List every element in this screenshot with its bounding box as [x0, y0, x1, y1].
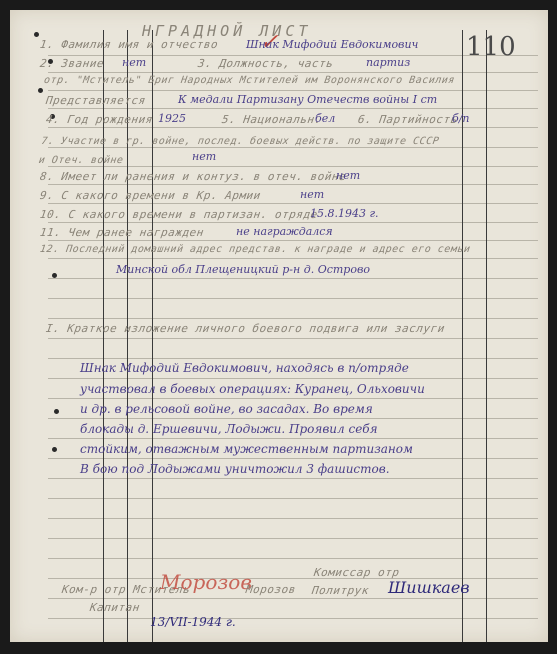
document-number: 110 [466, 32, 516, 62]
field-label-birth-year: 4. Год рождения [45, 113, 154, 126]
field-value-partisan-since: 15.8.1943 г. [310, 207, 379, 220]
commissar-rank: Политрук [311, 584, 370, 597]
narrative-line: участвовал в боевых операциях: Куранец, … [80, 382, 425, 396]
field-value-name: Шнак Мифодий Евдокимович [246, 38, 418, 51]
field-value-wounds: нет [336, 169, 360, 182]
commander-signature: Морозов [160, 570, 252, 594]
field-value-party: б/п [452, 112, 470, 125]
field-label-prior-awards: 11. Чем ранее награжден [39, 226, 205, 239]
field-value-prior-service: нет [192, 150, 216, 163]
field-label-nominated: Представляется [45, 94, 147, 107]
field-label-nationality: 5. Национальн. [221, 113, 323, 126]
field-label-name: 1. Фамилия имя и отчество [39, 38, 219, 51]
field-value-nominated: К медали Партизану Отечеств войны I ст [178, 93, 437, 106]
narrative-line: стойким, отважным мужественным партизано… [80, 442, 413, 456]
field-value-position: партиз [366, 56, 410, 69]
field-unit: отр. "Мститель" Бриг Народных Мстителей … [43, 75, 455, 86]
field-label-position: 3. Должность, часть [197, 57, 334, 70]
commissar-signature: Шишкаев [388, 578, 470, 597]
field-value-rank: нет [122, 56, 146, 69]
field-label-partisan-since: 10. С какого времени в партизан. отряде [39, 208, 319, 221]
field-label-rank: 2. Звание [39, 57, 105, 70]
narrative-line: и др. в рельсовой войне, во засадах. Во … [80, 402, 373, 416]
field-label-prior-service: 7. Участие в гр. войне, послед. боевых д… [37, 132, 442, 170]
field-value-army-since: нет [300, 188, 324, 201]
section-heading: I. Краткое изложение личного боевого под… [45, 322, 446, 335]
field-value-nationality: бел [315, 112, 335, 125]
signature-date: 13/VII-1944 г. [150, 615, 236, 629]
field-value-prior-awards: не награждался [236, 225, 333, 238]
commander-rank: Капитан [89, 601, 141, 614]
field-label-party: 6. Партийность [357, 113, 459, 126]
award-sheet: НГРАДНОЙ ЛИСТ 110 ✓ 1. Фамилия имя и отч… [10, 10, 548, 642]
field-value-address: Минской обл Плещеницкий р-н д. Острово [116, 263, 370, 276]
field-label-army-since: 9. С какого времени в Кр. Армии [39, 189, 262, 202]
field-value-birth-year: 1925 [158, 112, 186, 125]
narrative-line: блокады д. Ершевичи, Лодыжи. Проявил себ… [80, 422, 378, 436]
field-label-wounds: 8. Имеет ли ранения и контуз. в отеч. во… [39, 170, 347, 183]
field-label-address: 12. Последний домашний адрес представ. к… [39, 244, 471, 255]
narrative-line: Шнак Мифодий Евдокимович, находясь в п/о… [80, 361, 409, 375]
narrative-line: В бою под Лодыжами уничтожил 3 фашистов. [80, 462, 390, 476]
commander-name: Морозов [245, 583, 297, 596]
